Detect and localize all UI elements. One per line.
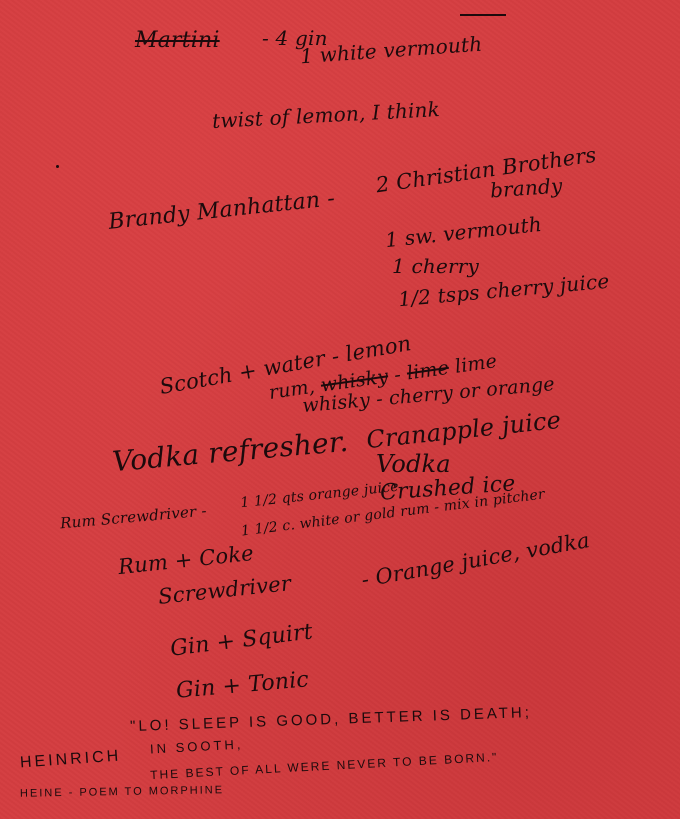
ink-dot: [56, 165, 59, 168]
underline-mark: [460, 14, 506, 16]
brandy-manhattan-title: Brandy Manhattan -: [107, 188, 336, 234]
quote-line-2: IN SOOTH,: [150, 738, 244, 756]
vodka-cranapple: Cranapple juice: [365, 408, 562, 452]
brandy-cherry: 1 cherry: [392, 256, 479, 276]
vodka-refresher-title: Vodka refresher.: [111, 428, 349, 477]
martini-twist: twist of lemon, I think: [212, 99, 441, 131]
scotch-lime: lime: [454, 350, 499, 378]
quote-line-3: THE BEST OF ALL WERE NEVER TO BE BORN.": [150, 751, 499, 781]
scotch-dash: -: [393, 364, 403, 387]
rum-coke-title: Rum + Coke: [117, 543, 255, 578]
red-paper-sheet: Martini - 4 gin 1 white vermouth twist o…: [0, 0, 680, 819]
quote-line-1: "LO! SLEEP IS GOOD, BETTER IS DEATH;: [130, 705, 532, 734]
brandy-brandy: brandy: [489, 175, 563, 200]
quote-author: HEINRICH: [20, 748, 122, 771]
gin-tonic-title: Gin + Tonic: [175, 669, 310, 703]
scotch-struck-word: lime: [406, 357, 451, 385]
brandy-christian-brothers: 2 Christian Brothers: [375, 145, 598, 197]
quote-source: HEINE - POEM TO MORPHINE: [20, 785, 224, 800]
screwdriver-title: Screwdriver: [157, 573, 292, 608]
brandy-vermouth: 1 sw. vermouth: [384, 214, 542, 250]
gin-squirt-title: Gin + Squirt: [169, 621, 314, 660]
rum-screwdriver-orange: 1 1/2 qts orange juice: [240, 480, 400, 511]
martini-title: Martini: [135, 30, 220, 52]
rum-screwdriver-title: Rum Screwdriver -: [60, 504, 208, 532]
screwdriver-ingredients: - Orange juice, vodka: [360, 530, 591, 591]
vodka-vodka: Vodka: [376, 452, 451, 476]
